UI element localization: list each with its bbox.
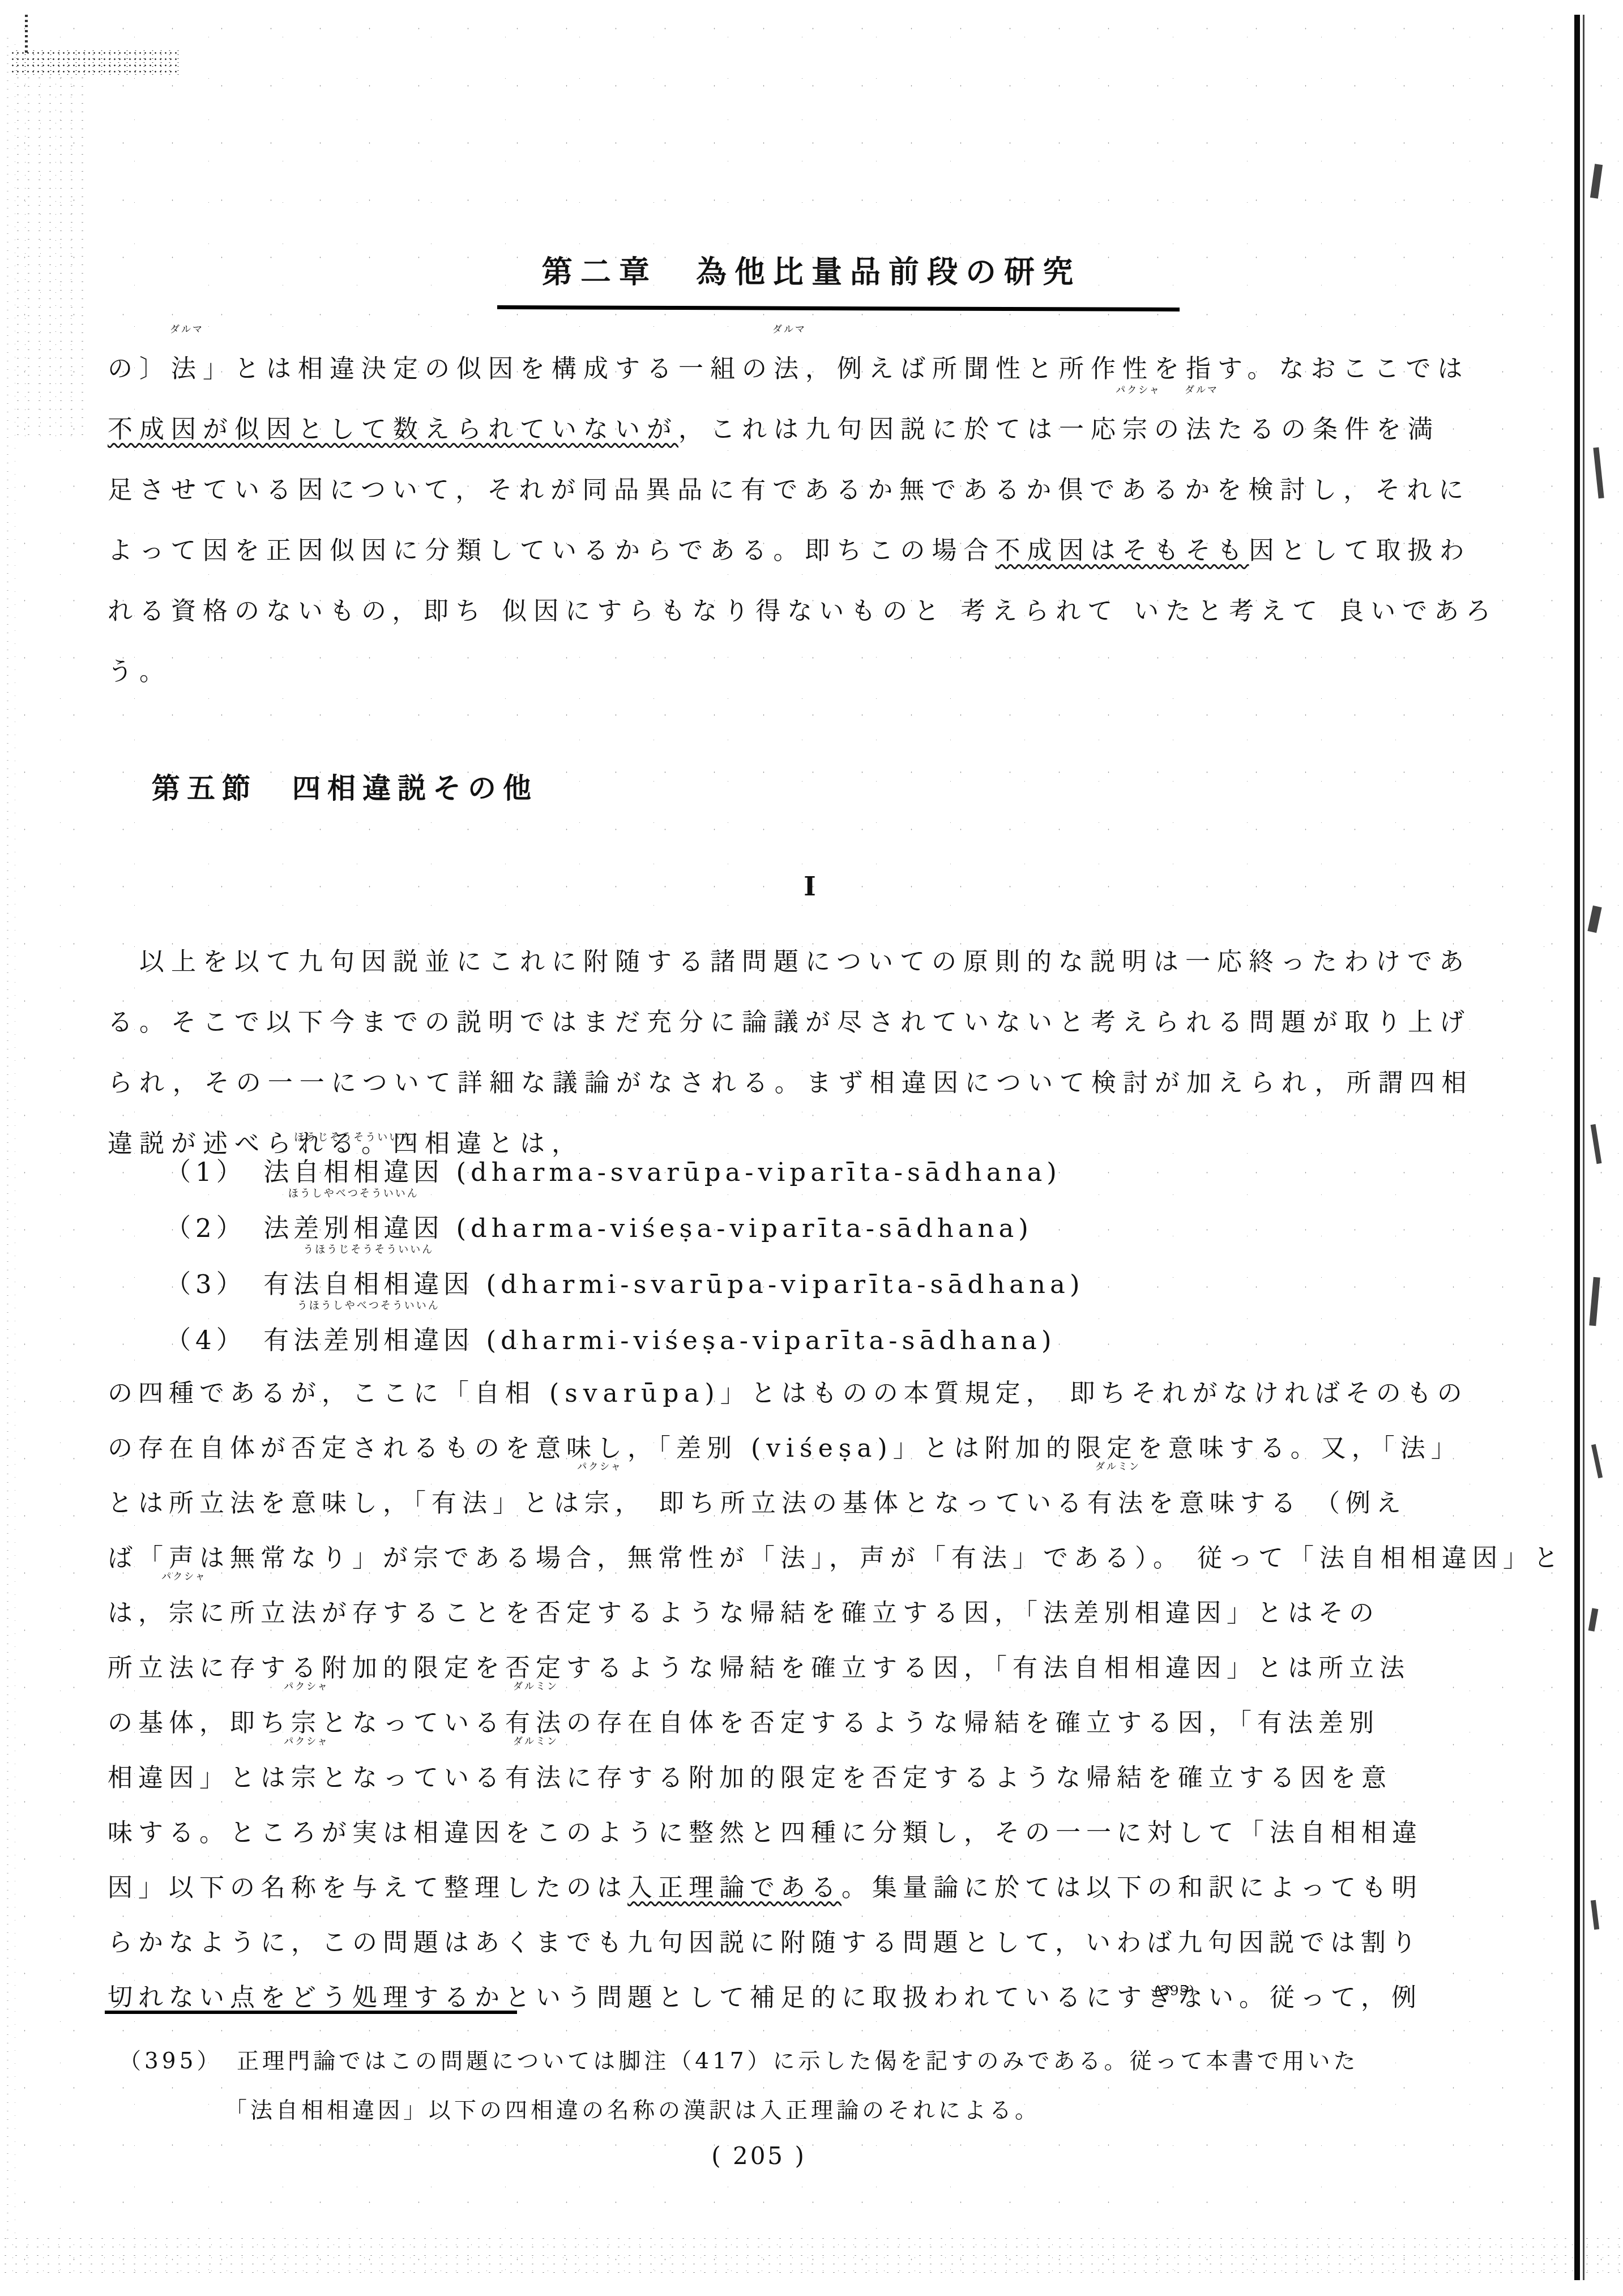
furigana: ダルマ — [772, 325, 806, 335]
furigana: パクシャ — [284, 1737, 329, 1747]
text-line: 以上を以て九句因説並にこれに附随する諸問題についての原則的な説明は一応終ったわけ… — [108, 932, 1512, 992]
furigana: ダルマ — [1185, 386, 1219, 395]
text-line: 因」以下の名称を与えて整理したのは入正理論である。集量論に於ては以下の和訳によっ… — [108, 1860, 1512, 1915]
text-line: ば「声は無常なり」が宗である場合，無常性が「法」，声が「有法」である）。 従って… — [108, 1531, 1512, 1586]
furigana: パクシャ — [577, 1462, 622, 1472]
text-line: 切れない点をどう処理するかという問題として補足的に取扱われているにすぎない(39… — [108, 1970, 1512, 2025]
text-line: （4） 有法差別相違因うほうしやべつそういいん (dharmi-viśeṣa-v… — [165, 1312, 1468, 1368]
text-line: らかなように，この問題はあくまでも九句因説に附随する問題として，いわば九句因説で… — [108, 1915, 1512, 1970]
text-line: 不成因が似因として数えられていないが，これは九句因説に於ては一応宗パクシャの法ダ… — [108, 399, 1512, 460]
text-line: 相違因」とは宗パクシャとなっている有法ダルミンに存する附加的限定を否定するような… — [108, 1751, 1512, 1806]
text-line: の四種であるが，ここに「自相 (svarūpa)」とはものの本質規定， 即ちそれ… — [108, 1366, 1512, 1421]
chapter-title: 第二章 為他比量品前段の研究 — [0, 248, 1623, 292]
text-line: る。そこで以下今までの説明ではまだ充分に論議が尽されていないと考えられる問題が取… — [108, 992, 1512, 1053]
footnote-reference: (395) — [1154, 1963, 1195, 2018]
text-line: （395） 正理門論ではこの問題については脚注（417）に示した偈を記すのみであ… — [119, 2037, 1535, 2086]
furigana: ダルミン — [513, 1682, 558, 1692]
page-binding-edge-line — [1574, 15, 1580, 2280]
furigana: うほうじそうそういいん — [303, 1245, 434, 1255]
furigana: ダルマ — [170, 325, 204, 335]
footnote-395: （395） 正理門論ではこの問題については脚注（417）に示した偈を記すのみであ… — [119, 2037, 1535, 2135]
text-line: 足させている因について，それが同品異品に有であるか無であるか倶であるかを検討し，… — [108, 460, 1512, 520]
text-line: の〕法ダルマ」とは相違決定の似因を構成する一組の法ダルマ，例えば所聞性と所作性を… — [108, 339, 1512, 399]
furigana: ほうしやべつそういいん — [288, 1189, 419, 1199]
section-heading: 第五節 四相違説その他 — [152, 766, 538, 806]
furigana: パクシャ — [284, 1682, 329, 1692]
footnote-divider — [105, 2011, 517, 2014]
scanned-book-page: 第二章 為他比量品前段の研究 の〕法ダルマ」とは相違決定の似因を構成する一組の法… — [0, 0, 1623, 2296]
furigana: ダルミン — [1095, 1462, 1141, 1472]
scan-noise-corner-blob — [10, 50, 180, 76]
text-line: う。 — [108, 642, 1512, 702]
scan-noise-bottom-band — [0, 2234, 1623, 2280]
furigana: ダルミン — [513, 1737, 558, 1747]
scan-noise-corner-spur — [25, 15, 28, 54]
text-line: れる資格のないもの，即ち 似因にすらもなり得ないものと 考えられて いたと考えて… — [108, 581, 1512, 642]
wavy-underline-emphasis: 不成因が似因として数えられていないが — [108, 415, 678, 444]
chapter-header: 第二章 為他比量品前段の研究 — [0, 248, 1623, 292]
scan-noise-left-edge — [2, 34, 16, 2243]
text-line: とは所立法を意味し，「有法」とは宗パクシャ， 即ち所立法の基体となっている有法ダ… — [108, 1476, 1512, 1531]
paragraph-continuation: の〕法ダルマ」とは相違決定の似因を構成する一組の法ダルマ，例えば所聞性と所作性を… — [108, 339, 1512, 702]
text-line: は，宗パクシャに所立法が存することを否定するような帰結を確立する因，「法差別相違… — [108, 1586, 1512, 1641]
text-line: の存在自体が否定されるものを意味し，「差別 (viśeṣa)」とは附加的限定を意… — [108, 1421, 1512, 1476]
page-binding-edge-line-thin — [1583, 15, 1584, 2280]
text-line: 「法自相相違因」以下の四相違の名称の漢訳は入正理論のそれによる。 — [119, 2086, 1535, 2135]
text-line: 味する。ところが実は相違因をこのように整然と四種に分類し，その一一に対して「法自… — [108, 1806, 1512, 1860]
page-number: ( 205 ) — [108, 2142, 1410, 2170]
furigana: うほうしやべつそういいん — [297, 1301, 440, 1311]
furigana: ほうじそうそういいん — [294, 1133, 413, 1143]
wavy-underline-emphasis: 入正理論である — [627, 1873, 842, 1902]
text-line: られ，その一一について詳細な議論がなされる。まず相違因について検討が加えられ，所… — [108, 1053, 1512, 1113]
four-contradictory-reasons-list: （1） 法自相相違因ほうじそうそういいん (dharma-svarūpa-vip… — [165, 1144, 1468, 1368]
roman-numeral-heading: I — [108, 871, 1512, 902]
text-line: よって因を正因似因に分類しているからである。即ちこの場合不成因はそもそも因として… — [108, 520, 1512, 581]
wavy-underline-emphasis: 不成因はそもそも — [996, 536, 1249, 565]
chapter-title-underline — [497, 305, 1180, 311]
paragraph-explanation: の四種であるが，ここに「自相 (svarūpa)」とはものの本質規定， 即ちそれ… — [108, 1366, 1512, 2025]
furigana: パクシャ — [1116, 386, 1161, 395]
furigana: パクシャ — [161, 1572, 207, 1582]
